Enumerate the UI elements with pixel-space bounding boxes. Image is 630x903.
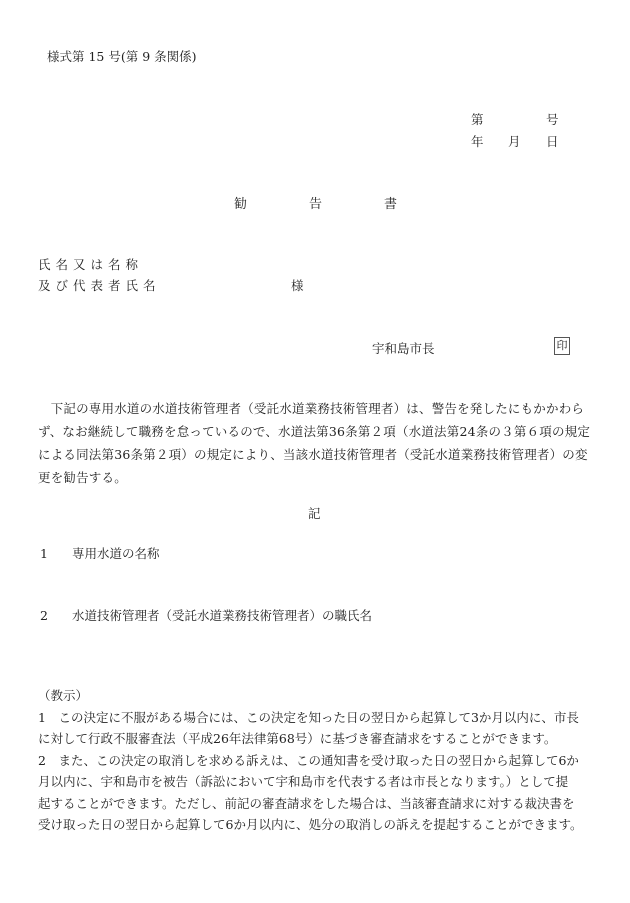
date-month: 月 [508,132,521,150]
notice-line: 受け取った日の翌日から起算して6か月以内に、処分の取消しの訴えを提起することがで… [38,814,598,836]
date-day: 日 [546,132,559,150]
title-char-3: 書 [384,193,397,212]
notice-line: 月以内に、宇和島市を被告（訴訟において宇和島市を代表する者は市長となります。）と… [38,771,598,793]
number-suffix: 号 [546,110,559,128]
item-label: 専用水道の名称 [72,546,160,561]
item-number: 1 [40,546,72,561]
body-paragraph: 下記の専用水道の水道技術管理者（受託水道業務技術管理者）は、警告を発したにもかか… [38,397,588,489]
notice-line: に対して行政不服審査法（平成26年法律第68号）に基づき審査請求をすることができ… [38,728,598,750]
notice-section: （教示） 1 この決定に不服がある場合には、この決定を知った日の翌日から起算して… [38,685,598,836]
date-year: 年 [471,132,484,150]
body-line: 更を勧告する。 [38,466,588,489]
addressee-honorific: 様 [291,276,304,294]
body-line: ず、なお継続して職務を怠っているので、水道法第36条第２項（水道法第24条の３第… [38,420,588,443]
item-label: 水道技術管理者（受託水道業務技術管理者）の職氏名 [72,608,372,623]
number-prefix: 第 [471,110,484,128]
seal-stamp-icon: 印 [554,337,570,355]
title-char-2: 告 [309,193,322,212]
body-line: による同法第36条第２項）の規定により、当該水道技術管理者（受託水道業務技術管理… [38,443,588,466]
item-1: 1専用水道の名称 [40,544,160,562]
notice-heading: （教示） [38,685,598,707]
issuer-name: 宇和島市長 [372,339,435,357]
notice-line: 起することができます。ただし、前記の審査請求をした場合は、当該審査請求に対する裁… [38,793,598,815]
title-char-1: 勧 [234,193,247,212]
item-number: 2 [40,608,72,623]
ki-heading: 記 [308,504,321,522]
notice-line: 2 また、この決定の取消しを求める訴えは、この通知書を受け取った日の翌日から起算… [38,750,598,772]
item-2: 2水道技術管理者（受託水道業務技術管理者）の職氏名 [40,606,372,624]
body-line: 下記の専用水道の水道技術管理者（受託水道業務技術管理者）は、警告を発したにもかか… [38,397,588,420]
addressee-representative-label: 及び代表者氏名 [38,276,161,294]
addressee-name-label: 氏名又は名称 [38,255,143,273]
notice-line: 1 この決定に不服がある場合には、この決定を知った日の翌日から起算して3か月以内… [38,707,598,729]
form-label: 様式第 15 号(第 9 条関係) [47,47,197,65]
